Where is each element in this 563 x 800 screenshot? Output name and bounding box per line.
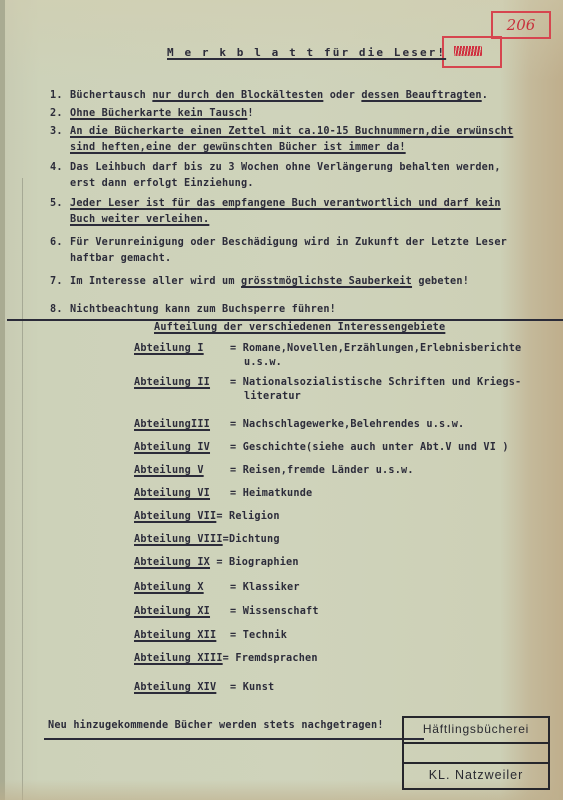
library-stamp-location: KL. Natzweiler xyxy=(404,764,548,786)
department-description: = Religion xyxy=(216,511,279,522)
department-description-continued: u.s.w. xyxy=(244,357,282,368)
department-description: = Technik xyxy=(230,630,287,641)
department-label: Abteilung X xyxy=(134,582,229,593)
rule-text: Für Verunreinigung oder Beschädigung wir… xyxy=(70,237,507,248)
rule-number: 6. xyxy=(50,235,70,251)
library-stamp-name: Häftlingsbücherei xyxy=(404,718,548,740)
rule-text-underlined: nur durch den Blockältesten xyxy=(152,90,323,101)
rule-text-underlined: Ohne Bücherkarte kein Tausch xyxy=(70,108,247,119)
department-description: = Geschichte(siehe auch unter Abt.V und … xyxy=(230,442,509,453)
rule-3-continuation: sind heften,eine der gewünschten Bücher … xyxy=(70,142,406,153)
rule-8: 8.Nichtbeachtung kann zum Buchsperre füh… xyxy=(50,302,336,318)
section-title: Aufteilung der verschiedenen Interesseng… xyxy=(154,322,445,333)
department-label: Abteilung V xyxy=(134,465,229,476)
department-label: Abteilung XI xyxy=(134,606,229,617)
department-label: Abteilung XIII xyxy=(134,653,223,664)
rule-text: Das Leihbuch darf bis zu 3 Wochen ohne V… xyxy=(70,162,501,173)
department-label: Abteilung VIII xyxy=(134,534,223,545)
department-description: = Klassiker xyxy=(230,582,300,593)
department-label: Abteilung XIV xyxy=(134,682,229,693)
department-7: Abteilung VII= Religion xyxy=(134,511,280,522)
rule-number: 2. xyxy=(50,106,70,122)
rule-number: 7. xyxy=(50,274,70,290)
department-5: Abteilung V = Reisen,fremde Länder u.s.w… xyxy=(134,465,229,476)
department-description: = Fremdsprachen xyxy=(223,653,318,664)
document-title: M e r k b l a t t für die Leser! xyxy=(167,46,446,59)
rule-4-continuation: erst dann erfolgt Einziehung. xyxy=(70,178,254,189)
rule-number: 5. xyxy=(50,196,70,212)
rule-3: 3.An die Bücherkarte einen Zettel mit ca… xyxy=(50,124,513,140)
department-description: = Romane,Novellen,Erzählungen,Erlebnisbe… xyxy=(230,343,521,354)
rule-text: ! xyxy=(247,108,253,119)
fold-line xyxy=(22,178,23,800)
department-description: =Dichtung xyxy=(223,534,280,545)
footer-divider xyxy=(44,738,424,740)
department-10: Abteilung X = Klassiker xyxy=(134,582,229,593)
department-label: Abteilung I xyxy=(134,343,229,354)
department-label: AbteilungIII xyxy=(134,419,229,430)
department-3: AbteilungIII = Nachschlagewerke,Belehren… xyxy=(134,419,229,430)
rule-4: 4.Das Leihbuch darf bis zu 3 Wochen ohne… xyxy=(50,160,501,176)
rule-number: 4. xyxy=(50,160,70,176)
rule-number: 1. xyxy=(50,88,70,104)
rule-text: Im Interesse aller wird um xyxy=(70,276,241,287)
rule-text: Nichtbeachtung kann zum Buchsperre führe… xyxy=(70,304,336,315)
department-6: Abteilung VI = Heimatkunde xyxy=(134,488,229,499)
rule-text: oder xyxy=(323,90,361,101)
department-description: = Wissenschaft xyxy=(230,606,319,617)
department-description: = Reisen,fremde Länder u.s.w. xyxy=(230,465,414,476)
department-1: Abteilung I = Romane,Novellen,Erzählunge… xyxy=(134,343,229,354)
rule-7: 7.Im Interesse aller wird um grösstmögli… xyxy=(50,274,469,290)
rule-1: 1.Büchertausch nur durch den Blockältest… xyxy=(50,88,488,104)
paper-left-edge xyxy=(0,0,5,800)
department-description: = Kunst xyxy=(230,682,274,693)
rule-number: 3. xyxy=(50,124,70,140)
rule-text-underlined: dessen Beauftragten xyxy=(361,90,481,101)
department-description: = Heimatkunde xyxy=(230,488,312,499)
department-description: = Biographien xyxy=(210,557,299,568)
department-14: Abteilung XIV = Kunst xyxy=(134,682,229,693)
red-scribble-mark xyxy=(454,46,482,56)
department-4: Abteilung IV = Geschichte(siehe auch unt… xyxy=(134,442,229,453)
rule-5: 5.Jeder Leser ist für das empfangene Buc… xyxy=(50,196,501,212)
rule-number: 8. xyxy=(50,302,70,318)
department-8: Abteilung VIII=Dichtung xyxy=(134,534,280,545)
rule-text: Büchertausch xyxy=(70,90,152,101)
department-label: Abteilung VII xyxy=(134,511,216,522)
rule-text-underlined: Jeder Leser ist für das empfangene Buch … xyxy=(70,198,501,209)
rule-6-continuation: haftbar gemacht. xyxy=(70,253,171,264)
rule-2: 2.Ohne Bücherkarte kein Tausch! xyxy=(50,106,254,122)
library-stamp: Häftlingsbücherei KL. Natzweiler xyxy=(402,716,550,790)
department-11: Abteilung XI = Wissenschaft xyxy=(134,606,229,617)
department-label: Abteilung II xyxy=(134,377,229,388)
rule-text-underlined: An die Bücherkarte einen Zettel mit ca.1… xyxy=(70,126,513,137)
department-label: Abteilung XII xyxy=(134,630,229,641)
department-description: = Nationalsozialistische Schriften und K… xyxy=(230,377,521,388)
stamp-separator xyxy=(404,742,548,744)
footer-note: Neu hinzugekommende Bücher werden stets … xyxy=(48,720,384,731)
department-label: Abteilung IX xyxy=(134,557,210,568)
department-9: Abteilung IX = Biographien xyxy=(134,557,299,568)
department-label: Abteilung IV xyxy=(134,442,229,453)
department-13: Abteilung XIII= Fremdsprachen xyxy=(134,653,318,664)
archive-number-stamp: 206 xyxy=(491,11,551,39)
department-12: Abteilung XII = Technik xyxy=(134,630,229,641)
rule-text: gebeten! xyxy=(412,276,469,287)
rule-text-underlined: grösstmöglichste Sauberkeit xyxy=(241,276,412,287)
department-2: Abteilung II = Nationalsozialistische Sc… xyxy=(134,377,229,388)
rule-6: 6.Für Verunreinigung oder Beschädigung w… xyxy=(50,235,507,251)
department-label: Abteilung VI xyxy=(134,488,229,499)
rule-text: . xyxy=(482,90,488,101)
rule-5-continuation: Buch weiter verleihen. xyxy=(70,214,209,225)
department-description-continued: literatur xyxy=(244,391,301,402)
department-description: = Nachschlagewerke,Belehrendes u.s.w. xyxy=(230,419,464,430)
section-divider xyxy=(7,319,563,321)
